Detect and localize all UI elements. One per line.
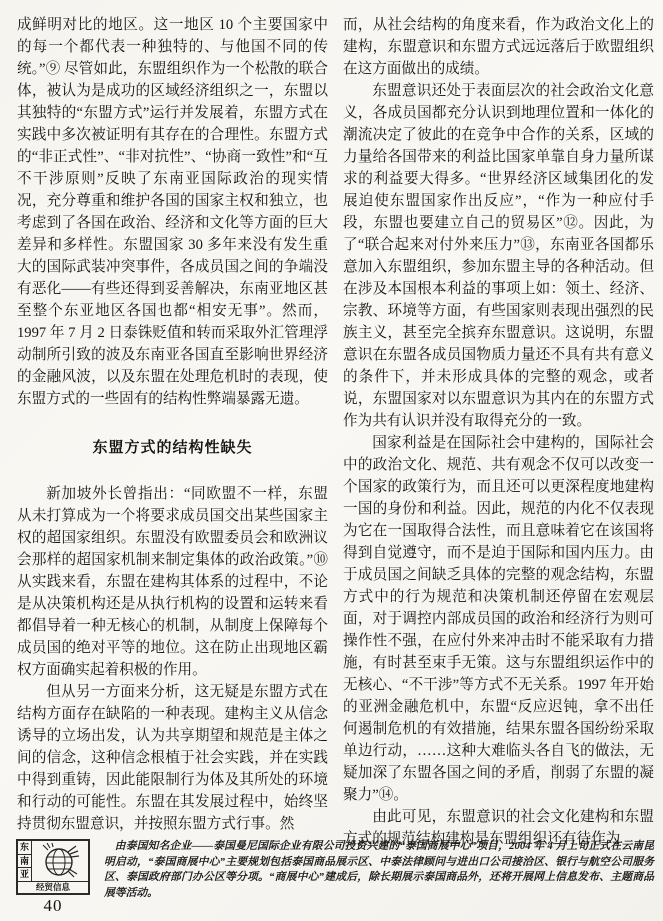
journal-seal: 东 南 亚 经贸信息 <box>16 839 90 895</box>
paragraph: 东盟意识还处于表面层次的社会政治文化意义，各成员国都充分认识到地理位置和一体化的… <box>343 80 654 432</box>
globe-icon <box>32 841 88 881</box>
paragraph: 而，从社会结构的角度来看，作为政治文化上的建构，东盟意识和东盟方式远远落后于欧盟… <box>343 14 654 80</box>
paragraph: 新加坡外长曾指出：“同欧盟不一样，东盟从未打算成为一个将要求成员国交出某些国家主… <box>17 483 328 681</box>
page-number: 40 <box>16 896 90 916</box>
seal-char: 亚 <box>18 867 31 881</box>
section-heading: 东盟方式的结构性缺失 <box>17 437 328 459</box>
paragraph: 成鲜明对比的地区。这一地区 10 个主要国家中的每一个都代表一种独特的、与他国不… <box>17 14 328 410</box>
paragraph: 但从另一方面来分析，这无疑是东盟方式在结构方面存在缺陷的一种表现。建构主义从信念… <box>17 681 328 835</box>
footer: 东 南 亚 经贸信息 <box>16 839 654 916</box>
paragraph: 国家利益是在国际社会中建构的，国际社会中的政治文化、规范、共有观念不仅可以改变一… <box>343 432 654 806</box>
left-column: 成鲜明对比的地区。这一地区 10 个主要国家中的每一个都代表一种独特的、与他国不… <box>17 14 328 850</box>
seal-char: 南 <box>18 854 31 868</box>
seal-char: 东 <box>18 841 31 854</box>
two-column-text: 成鲜明对比的地区。这一地区 10 个主要国家中的每一个都代表一种独特的、与他国不… <box>0 0 663 850</box>
scanned-page: 成鲜明对比的地区。这一地区 10 个主要国家中的每一个都代表一种独特的、与他国不… <box>0 0 663 921</box>
footer-note: 由泰国知名企业——泰国曼尼国际企业有限公司投资兴建的“泰国商展中心”项目，200… <box>104 839 654 901</box>
seal-bottom-text: 经贸信息 <box>18 881 88 893</box>
right-column: 而，从社会结构的角度来看，作为政治文化上的建构，东盟意识和东盟方式远远落后于欧盟… <box>343 14 654 850</box>
seal-side-text: 东 南 亚 <box>18 841 32 881</box>
journal-seal-block: 东 南 亚 经贸信息 <box>16 839 96 916</box>
